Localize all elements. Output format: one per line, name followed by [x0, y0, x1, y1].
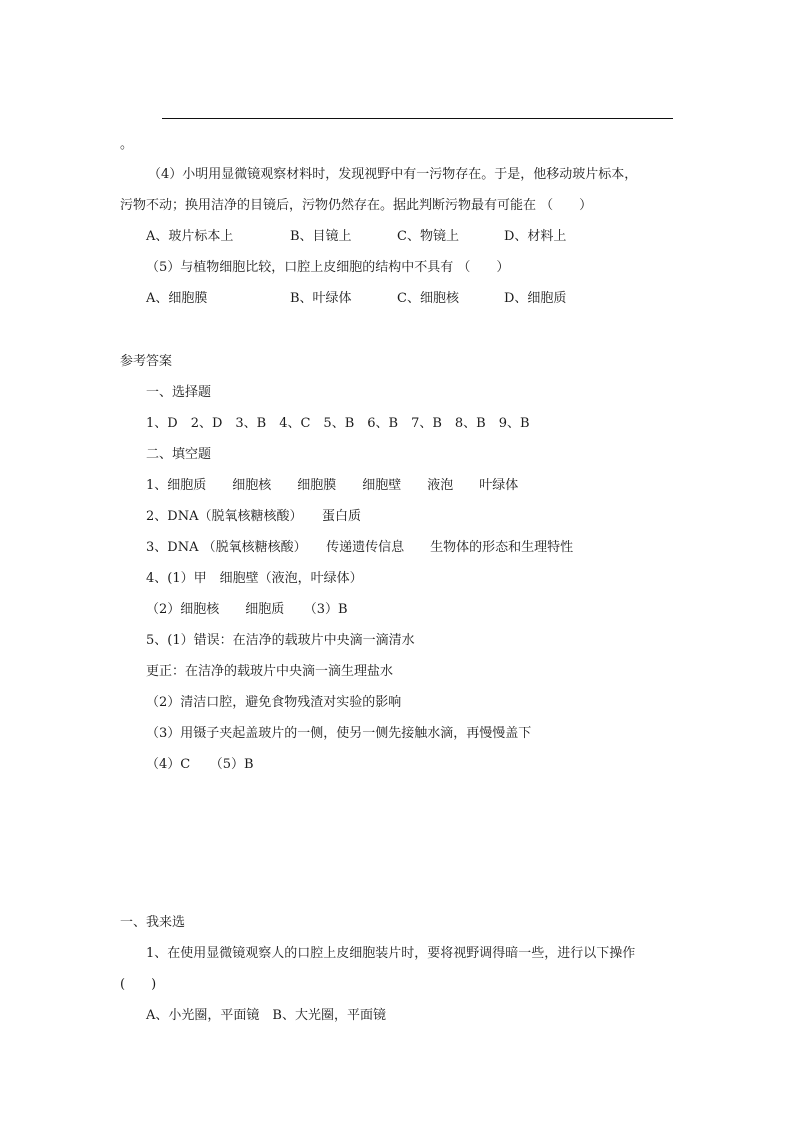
- q4-option-c: C、物镜上: [397, 229, 459, 245]
- next-q1-line1: 1、在使用显微镜观察人的口腔上皮细胞装片时，要将视野调得暗一些，进行以下操作: [146, 946, 635, 962]
- q4-option-b: B、目镜上: [290, 229, 352, 245]
- q5-option-a: A、细胞膜: [146, 291, 207, 307]
- fragment-end: 。: [120, 137, 133, 153]
- answers-title: 参考答案: [120, 354, 172, 370]
- fill-answer-4-sub: （2）细胞核 细胞质 （3）B: [146, 602, 348, 618]
- next-q1-line2: ( ): [120, 977, 156, 993]
- fill-answer-5: 5、(1）错误：在洁净的载玻片中央滴一滴清水: [146, 633, 415, 649]
- q4-line2: 污物不动；换用洁净的目镜后，污物仍然存在。据此判断污物最有可能在 （ ）: [120, 198, 592, 214]
- next-q1-options: A、小光圈，平面镜 B、大光圈，平面镜: [146, 1008, 386, 1024]
- section2-title: 二、填空题: [146, 447, 211, 463]
- fill-answer-5-45: （4）C （5）B: [146, 757, 254, 773]
- next-section-title: 一、我来选: [120, 915, 185, 931]
- section1-title: 一、选择题: [146, 385, 211, 401]
- q5-option-c: C、细胞核: [397, 291, 459, 307]
- q5-line1: （5）与植物细胞比较，口腔上皮细胞的结构中不具有 （ ）: [146, 260, 509, 276]
- q5-option-b: B、叶绿体: [290, 291, 352, 307]
- q4-line1: （4）小明用显微镜观察材料时，发现视野中有一污物存在。于是，他移动玻片标本，: [148, 167, 637, 183]
- fill-answer-3: 3、DNA （脱氧核糖核酸） 传递遗传信息 生物体的形态和生理特性: [146, 540, 573, 556]
- fill-answer-5-correction: 更正：在洁净的载玻片中央滴一滴生理盐水: [146, 664, 393, 680]
- fill-answer-5-2: （2）清洁口腔，避免食物残渣对实验的影响: [146, 695, 401, 711]
- q4-option-d: D、材料上: [504, 229, 566, 245]
- q5-option-d: D、细胞质: [504, 291, 566, 307]
- header-rule: [162, 118, 673, 119]
- fill-answer-1: 1、细胞质 细胞核 细胞膜 细胞壁 液泡 叶绿体: [146, 478, 518, 494]
- fill-answer-4: 4、(1）甲 细胞壁（液泡，叶绿体）: [146, 571, 363, 587]
- fill-answer-2: 2、DNA（脱氧核糖核酸） 蛋白质: [146, 509, 361, 525]
- section1-answers: 1、D 2、D 3、B 4、C 5、B 6、B 7、B 8、B 9、B: [146, 416, 530, 432]
- fill-answer-5-3: （3）用镊子夹起盖玻片的一侧，使另一侧先接触水滴，再慢慢盖下: [146, 726, 531, 742]
- q4-option-a: A、玻片标本上: [146, 229, 233, 245]
